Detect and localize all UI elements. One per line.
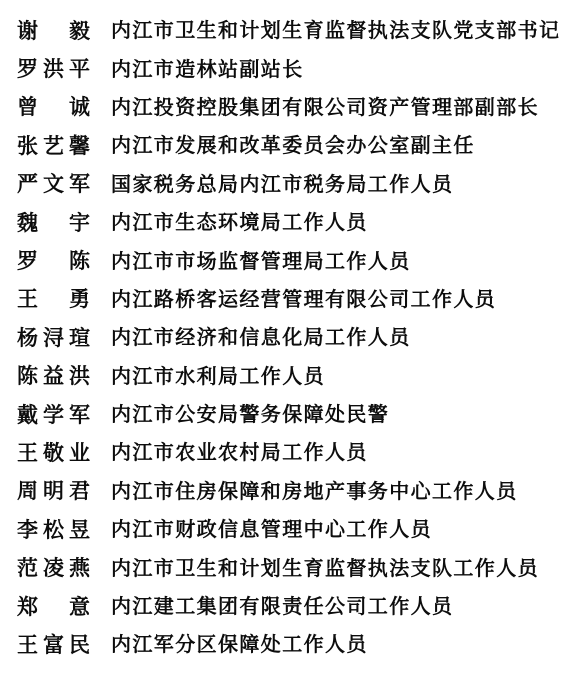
person-name: 王勇 <box>17 289 90 310</box>
list-item: 陈益洪 内江市水利局工作人员 <box>0 358 576 396</box>
person-name: 罗陈 <box>17 251 90 272</box>
person-name: 王敬业 <box>17 443 90 464</box>
list-item: 谢毅 内江市卫生和计划生育监督执法支队党支部书记 <box>0 12 576 50</box>
person-name: 曾诚 <box>17 97 90 118</box>
list-item: 郑意 内江建工集团有限责任公司工作人员 <box>0 588 576 626</box>
list-item: 王勇 内江路桥客运经营管理有限公司工作人员 <box>0 281 576 319</box>
person-title: 内江建工集团有限责任公司工作人员 <box>111 597 453 617</box>
list-item: 戴学军 内江市公安局警务保障处民警 <box>0 396 576 434</box>
person-title: 内江市农业农村局工作人员 <box>111 443 368 463</box>
person-title: 内江市发展和改革委员会办公室副主任 <box>111 136 475 156</box>
person-title: 内江市水利局工作人员 <box>111 367 325 387</box>
person-title: 内江投资控股集团有限公司资产管理部副部长 <box>111 98 539 118</box>
person-name: 陈益洪 <box>17 366 90 387</box>
list-item: 魏宇 内江市生态环境局工作人员 <box>0 204 576 242</box>
person-title: 内江市造林站副站长 <box>111 60 304 80</box>
list-item: 范凌燕 内江市卫生和计划生育监督执法支队工作人员 <box>0 549 576 587</box>
person-title: 内江市经济和信息化局工作人员 <box>111 328 411 348</box>
person-title: 内江市卫生和计划生育监督执法支队工作人员 <box>111 559 539 579</box>
person-name: 郑意 <box>17 597 90 618</box>
person-title: 内江市市场监督管理局工作人员 <box>111 252 411 272</box>
list-item: 曾诚 内江投资控股集团有限公司资产管理部副部长 <box>0 89 576 127</box>
person-name: 李松昱 <box>17 520 90 541</box>
commendation-name-list-page: 谢毅 内江市卫生和计划生育监督执法支队党支部书记 罗洪平 内江市造林站副站长 曾… <box>0 0 576 684</box>
list-item: 李松昱 内江市财政信息管理中心工作人员 <box>0 511 576 549</box>
list-item: 王敬业 内江市农业农村局工作人员 <box>0 434 576 472</box>
person-name: 王富民 <box>17 635 90 656</box>
person-title: 内江市住房保障和房地产事务中心工作人员 <box>111 482 518 502</box>
list-item: 严文军 国家税务总局内江市税务局工作人员 <box>0 166 576 204</box>
person-name: 杨浔瑄 <box>17 328 90 349</box>
person-name: 魏宇 <box>17 213 90 234</box>
person-name: 戴学军 <box>17 405 90 426</box>
person-title: 内江市财政信息管理中心工作人员 <box>111 520 432 540</box>
list-item: 周明君 内江市住房保障和房地产事务中心工作人员 <box>0 473 576 511</box>
list-item: 王富民 内江军分区保障处工作人员 <box>0 626 576 664</box>
person-title: 内江市卫生和计划生育监督执法支队党支部书记 <box>111 21 560 41</box>
list-item: 杨浔瑄 内江市经济和信息化局工作人员 <box>0 319 576 357</box>
person-name: 谢毅 <box>17 21 90 42</box>
person-name: 周明君 <box>17 481 90 502</box>
person-title: 内江路桥客运经营管理有限公司工作人员 <box>111 290 496 310</box>
person-name: 严文军 <box>17 174 90 195</box>
person-title: 内江市公安局警务保障处民警 <box>111 405 389 425</box>
person-title: 内江市生态环境局工作人员 <box>111 213 368 233</box>
person-name: 罗洪平 <box>17 59 90 80</box>
person-name: 张艺馨 <box>17 136 90 157</box>
list-item: 罗陈 内江市市场监督管理局工作人员 <box>0 242 576 280</box>
person-name: 范凌燕 <box>17 558 90 579</box>
person-title: 国家税务总局内江市税务局工作人员 <box>111 175 453 195</box>
list-item: 张艺馨 内江市发展和改革委员会办公室副主任 <box>0 127 576 165</box>
list-item: 罗洪平 内江市造林站副站长 <box>0 50 576 88</box>
person-title: 内江军分区保障处工作人员 <box>111 635 368 655</box>
